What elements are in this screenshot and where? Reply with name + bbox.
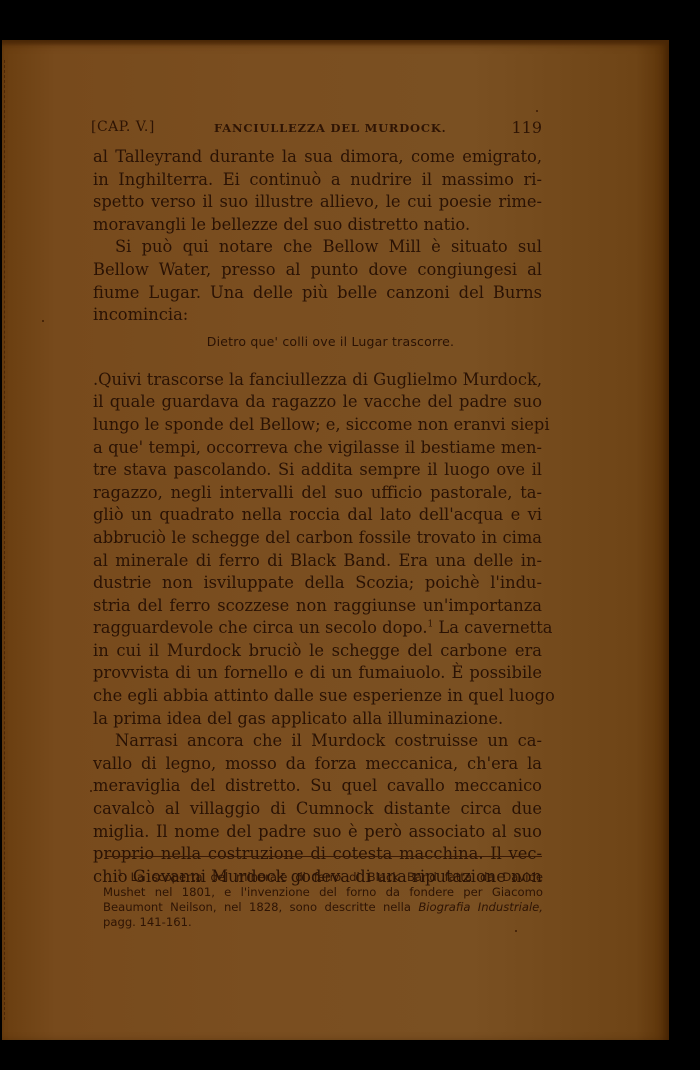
text-line: meraviglia del distretto. Su quel cavall… [93, 775, 542, 798]
text-line: Bellow Water, presso al punto dove congi… [93, 259, 542, 282]
book-title: Biografia Industriale, [418, 900, 543, 914]
paper-speck [90, 790, 92, 792]
text-line: stria del ferro scozzese non raggiunse u… [93, 595, 542, 618]
text-fragment: Beaumont Neilson, nel 1828, sono descrit… [103, 900, 418, 914]
footnote-line: 1 La scoperta del minerale di ferro di B… [103, 870, 543, 885]
chapter-label: [CAP. V.] [91, 119, 155, 135]
text-line: che egli abbia attinto dalle sue esperie… [93, 685, 542, 708]
text-line: in Inghilterra. Ei continuò a nudrire il… [93, 169, 542, 192]
text-line: Si può qui notare che Bellow Mill è situ… [93, 236, 542, 259]
text-line: proprio nella costruzione di cotesta mac… [93, 843, 542, 866]
text-line: .Quivi trascorse la fanciullezza di Gugl… [93, 369, 542, 392]
footnote-line: Mushet nel 1801, e l'invenzione del forn… [103, 885, 543, 900]
text-line: spetto verso il suo illustre allievo, le… [93, 191, 542, 214]
text-line: miglia. Il nome del padre suo è però ass… [93, 821, 542, 844]
text-line: a que' tempi, occorreva che vigilasse il… [93, 437, 542, 460]
footnote-line: pagg. 141-161. [103, 915, 543, 930]
text-line: la prima idea del gas applicato alla ill… [93, 708, 542, 731]
text-fragment: La cavernetta [433, 618, 552, 637]
footnote: 1 La scoperta del minerale di ferro di B… [103, 870, 543, 930]
text-line: ragazzo, negli intervalli del suo uffici… [93, 482, 542, 505]
page-number: 119 [511, 118, 542, 137]
text-fragment: La scoperta del minerale di ferro di Bla… [123, 870, 543, 884]
text-fragment: ragguardevole che circa un secolo dopo. [93, 618, 428, 637]
page-top-edge [2, 40, 669, 46]
text-line: tre stava pascolando. Si addita sempre i… [93, 459, 542, 482]
body-text: al Talleyrand durante la sua dimora, com… [93, 146, 542, 888]
footnote-line: Beaumont Neilson, nel 1828, sono descrit… [103, 900, 543, 915]
text-line: dustrie non isviluppate della Scozia; po… [93, 572, 542, 595]
text-line: abbruciò le schegge del carbon fossile t… [93, 527, 542, 550]
text-line-with-footnote-ref: ragguardevole che circa un secolo dopo.1… [93, 617, 542, 640]
footnote-divider [106, 856, 542, 857]
text-line: moravangli le bellezze del suo distretto… [93, 214, 542, 237]
text-line: vallo di legno, mosso da forza meccanica… [93, 753, 542, 776]
paper-speck [536, 110, 538, 112]
text-line: al minerale di ferro di Black Band. Era … [93, 550, 542, 573]
text-line: gliò un quadrato nella roccia dal lato d… [93, 504, 542, 527]
paper-speck [515, 930, 517, 932]
paper-speck [42, 320, 44, 322]
text-line: incomincia: [93, 304, 542, 327]
text-line: il quale guardava da ragazzo le vacche d… [93, 391, 542, 414]
page-left-edge [4, 60, 6, 1020]
text-line: in cui il Murdock bruciò le schegge del … [93, 640, 542, 663]
text-line: provvista di un fornello e di un fumaiuo… [93, 662, 542, 685]
running-title: FANCIULLEZZA DEL MURDOCK. [214, 121, 446, 135]
verse-quote: Dietro que' colli ove il Lugar trascorre… [93, 327, 542, 369]
text-line: lungo le sponde del Bellow; e, siccome n… [93, 414, 542, 437]
text-line: al Talleyrand durante la sua dimora, com… [93, 146, 542, 169]
text-line: cavalcò al villaggio di Cumnock distante… [93, 798, 542, 821]
text-line: fiume Lugar. Una delle più belle canzoni… [93, 282, 542, 305]
running-head: [CAP. V.] FANCIULLEZZA DEL MURDOCK. 119 [91, 119, 542, 139]
text-line: Narrasi ancora che il Murdock costruisse… [93, 730, 542, 753]
